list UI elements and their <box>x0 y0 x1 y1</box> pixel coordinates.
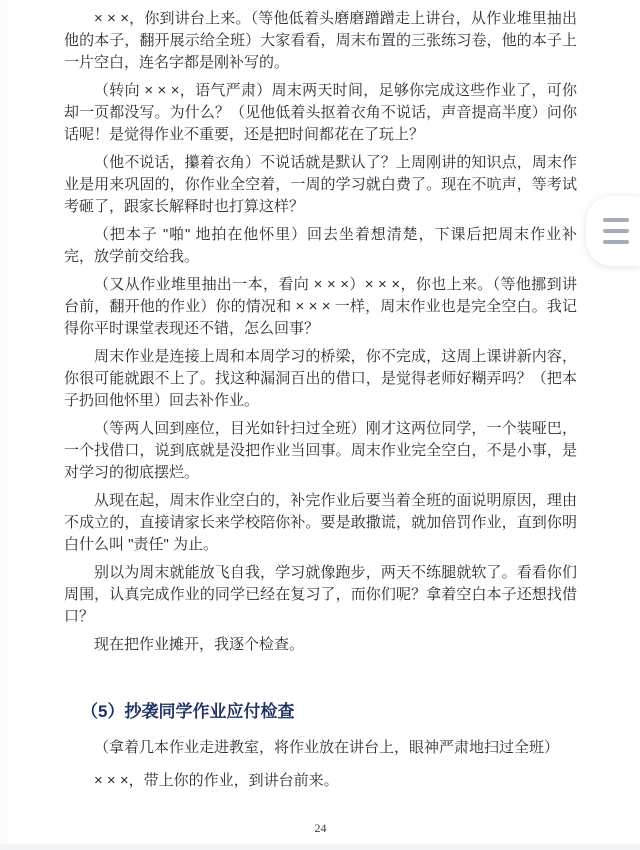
paragraph: × × ×，带上你的作业，到讲台前来。 <box>64 770 577 792</box>
paragraph: （等两人回到座位，目光如针扫过全班）刚才这两位同学，一个装哑巴，一个找借口，说到… <box>64 418 577 484</box>
paragraph: （他不说话，攥着衣角）不说话就是默认了？上周刚讲的知识点，周末作业是用来巩固的，… <box>64 152 577 218</box>
paragraph: 现在把作业摊开，我逐个检查。 <box>64 634 577 656</box>
paragraph: 周末作业是连接上周和本周学习的桥梁，你不完成，这周上课讲新内容，你很可能就跟不上… <box>64 346 577 412</box>
hamburger-icon <box>603 229 629 233</box>
hamburger-icon <box>603 240 629 244</box>
paragraph: × × ×，你到讲台上来。（等他低着头磨磨蹭蹭走上讲台，从作业堆里抽出他的本子，… <box>64 8 577 74</box>
paragraph: （又从作业堆里抽出一本，看向 × × ×）× × ×，你也上来。（等他挪到讲台前… <box>64 274 577 340</box>
page-left-edge <box>0 0 8 850</box>
hamburger-icon <box>603 218 629 222</box>
paragraph: （转向 × × ×，语气严肃）周末两天时间，足够你完成这些作业了，可你却一页都没… <box>64 80 577 146</box>
menu-button[interactable] <box>586 196 640 266</box>
paragraph: 别以为周末就能放飞自我，学习就像跑步，两天不练腿就软了。看看你们周围，认真完成作… <box>64 562 577 628</box>
document-page-content: × × ×，你到讲台上来。（等他低着头磨磨蹭蹭走上讲台，从作业堆里抽出他的本子，… <box>64 8 577 839</box>
paragraph: （拿着几本作业走进教室，将作业放在讲台上，眼神严肃地扫过全班） <box>64 737 577 759</box>
page-number: 24 <box>64 817 577 839</box>
paragraph: （把本子 "啪" 地拍在他怀里）回去坐着想清楚，下课后把周末作业补完，放学前交给… <box>64 224 577 268</box>
page-gap <box>0 844 640 850</box>
section-heading: （5）抄袭同学作业应付检查 <box>81 700 577 724</box>
paragraph: 从现在起，周末作业空白的，补完作业后要当着全班的面说明原因，理由不成立的，直接请… <box>64 490 577 556</box>
